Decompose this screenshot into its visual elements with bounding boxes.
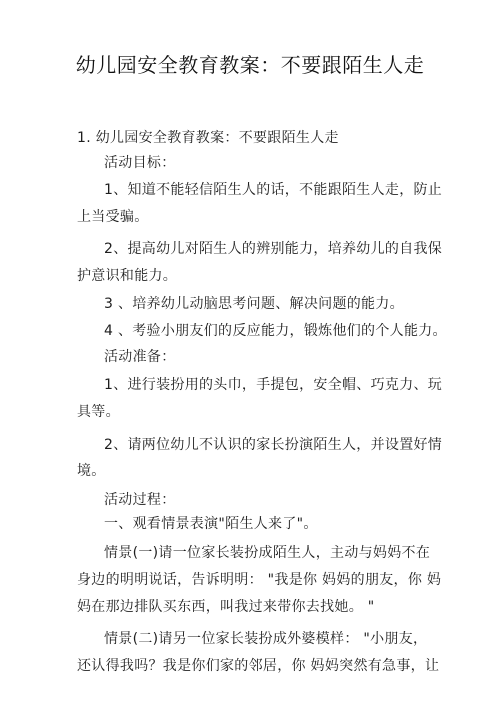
text-line: 护意识和能力。: [77, 266, 177, 286]
text-line: 情景(二)请另一位家长装扮成外婆模样： "小朋友，: [104, 629, 427, 649]
text-line: 境。: [77, 461, 106, 481]
text-line: 上当受骗。: [77, 207, 149, 227]
text-line: 3 、培养幼儿动脑思考问题、解决问题的能力。: [104, 294, 404, 314]
text-line: 具等。: [77, 402, 120, 422]
text-line: 1、知道不能轻信陌生人的话，不能跟陌生人走，防止: [104, 180, 442, 200]
text-line: 2、请两位幼儿不认识的家长扮演陌生人，并设置好情: [104, 435, 442, 455]
text-line: 1. 幼儿园安全教育教案：不要跟陌生人走: [77, 128, 339, 148]
document-title: 幼儿园安全教育教案：不要跟陌生人走: [0, 50, 500, 80]
text-line: 活动准备：: [104, 347, 176, 367]
text-line: 活动过程：: [104, 490, 176, 510]
text-line: 还认得我吗？我是你们家的邻居，你 妈妈突然有急事，让: [77, 656, 439, 676]
text-line: 4 、考验小朋友们的反应能力，锻炼他们的个人能力。: [104, 321, 447, 341]
text-line: 2、提高幼儿对陌生人的辨别能力，培养幼儿的自我保: [104, 239, 442, 259]
text-line: 1、进行装扮用的头巾，手提包，安全帽、巧克力、玩: [104, 375, 442, 395]
text-line: 情景(一)请一位家长装扮成陌生人，主动与妈妈不在: [104, 543, 430, 563]
text-line: 妈在那边排队买东西，叫我过来带你去找她。 ": [77, 597, 375, 617]
document-page: 幼儿园安全教育教案：不要跟陌生人走 1. 幼儿园安全教育教案：不要跟陌生人走活动…: [0, 0, 500, 707]
text-line: 身边的明明说话，告诉明明： "我是你 妈妈的朋友，你 妈: [77, 570, 441, 590]
text-line: 活动目标：: [104, 153, 176, 173]
text-line: 一、观看情景表演"陌生人来了"。: [104, 514, 318, 534]
